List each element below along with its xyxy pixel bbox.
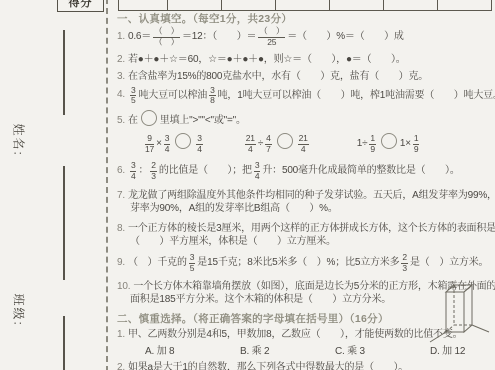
question-text: 1× bbox=[400, 138, 411, 149]
question-text: 若●＋●＋☆＝60，☆＝●＋●＋●，则☆＝（ ），●＝（ ）。 bbox=[128, 54, 406, 65]
question-line: 1.0.6＝（ ）（ ）＝12：（ ）＝（ ）25＝（ ）%＝（ ）成 bbox=[117, 27, 493, 48]
question-text: 是15千克；8米比5米多（ ）%；比5立方米多 bbox=[197, 257, 399, 268]
question-number: 9. bbox=[117, 257, 125, 268]
question-line: 芽率为90%，A组的发芽率比B组高（ ）%。 bbox=[117, 202, 493, 215]
question-text: × bbox=[156, 138, 162, 149]
question-item: 7.龙龙做了两组除温度外其他条件均相同的种子发芽试验。五天后，A组发芽率为99%… bbox=[117, 189, 493, 215]
question-text: 一个正方体的棱长是3厘米，用两个这样的正方体拼成长方体，这个长方体的表面积是 bbox=[128, 223, 495, 234]
fraction: 47 bbox=[265, 134, 272, 155]
question-line: 8.一个正方体的棱长是3厘米，用两个这样的正方体拼成长方体，这个长方体的表面积是 bbox=[117, 222, 493, 235]
question-text: 甲、乙两数分别是4和5，甲数加8，乙数应（ ），才能使两数的比值不变。 bbox=[128, 329, 462, 340]
question-item: 2.若●＋●＋☆＝60，☆＝●＋●＋●，则☆＝（ ），●＝（ ）。 bbox=[117, 53, 493, 66]
question-item: 3.在含盐率为15%的800克盐水中，水有（ ）克，盐有（ ）克。 bbox=[117, 70, 493, 83]
fraction: 34 bbox=[196, 134, 203, 155]
question-line: （ ）平方厘米，体积是（ ）立方厘米。 bbox=[117, 235, 493, 248]
question-text: 在 bbox=[128, 115, 138, 126]
fraction: 214 bbox=[298, 134, 309, 155]
question-line: 7.龙龙做了两组除温度外其他条件均相同的种子发芽试验。五天后，A组发芽率为99%… bbox=[117, 189, 493, 202]
fraction: 34 bbox=[254, 161, 261, 182]
fraction: 35 bbox=[189, 253, 196, 274]
fraction: 917 bbox=[145, 134, 154, 155]
margin-rule-line bbox=[63, 166, 65, 280]
score-label: 得分 bbox=[69, 0, 93, 11]
binding-dashed-line bbox=[106, 0, 108, 370]
comparison-expressions-row: 917×3434214÷472141÷191×19 bbox=[117, 133, 493, 155]
class-label: 班级: bbox=[11, 294, 28, 334]
question-line: 6.34：23的比值是（ ）；把34升：500毫升化成最简单的整数比是（ ）。 bbox=[117, 161, 493, 182]
options-row: A. 加 8B. 乘 2C. 乘 3D. 加 12 bbox=[117, 345, 493, 358]
comparison-circle bbox=[141, 110, 157, 126]
comparison-expression: 1÷191×19 bbox=[357, 133, 422, 155]
question-number: 4. bbox=[117, 89, 125, 100]
comparison-circle bbox=[277, 133, 293, 149]
score-cell bbox=[119, 0, 168, 10]
question-text: 升：500毫升化成最简单的整数比是（ ）。 bbox=[262, 165, 459, 176]
fraction: 214 bbox=[245, 134, 256, 155]
score-cell bbox=[384, 0, 438, 10]
fraction: 38 bbox=[209, 86, 216, 107]
question-item: 8.一个正方体的棱长是3厘米，用两个这样的正方体拼成长方体，这个长方体的表面积是… bbox=[117, 222, 493, 248]
question-text: ＝（ ）%＝（ ）成 bbox=[287, 31, 404, 42]
question-text: 面积是185平方分米。这个木箱的体积是（ ）立方分米。 bbox=[130, 294, 391, 305]
question-text: （ ）千克的 bbox=[128, 257, 187, 268]
question-text: 的比值是（ ）；把 bbox=[159, 165, 252, 176]
fraction: 23 bbox=[401, 253, 408, 274]
question-line: 2.若●＋●＋☆＝60，☆＝●＋●＋●，则☆＝（ ），●＝（ ）。 bbox=[117, 53, 493, 66]
question-item: 9.（ ）千克的35是15千克；8米比5米多（ ）%；比5立方米多23是（ ）立… bbox=[117, 253, 493, 274]
question-text: ÷ bbox=[258, 138, 263, 149]
question-line: 2.如果a是大于1的自然数，那么下列各式中得数最大的是（ ）。 bbox=[117, 361, 493, 370]
question-text: 1÷ bbox=[357, 138, 368, 149]
student-name-label: 姓名: bbox=[11, 124, 28, 164]
question-line: 4.35吨大豆可以榨油38吨，1吨大豆可以榨油（ ）吨，榨1吨油需要（ ）吨大豆… bbox=[117, 86, 493, 107]
margin-rule-line bbox=[63, 30, 65, 115]
question-number: 1. bbox=[117, 329, 125, 340]
question-text: （ ）平方厘米，体积是（ ）立方厘米。 bbox=[130, 236, 336, 247]
fraction: 19 bbox=[413, 134, 420, 155]
choice-option: B. 乘 2 bbox=[240, 345, 335, 358]
question-item: 6.34：23的比值是（ ）；把34升：500毫升化成最简单的整数比是（ ）。 bbox=[117, 161, 493, 182]
choice-option: D. 加 12 bbox=[430, 345, 465, 358]
fraction: 19 bbox=[369, 134, 376, 155]
comparison-circle bbox=[381, 133, 397, 149]
question-item: 1.0.6＝（ ）（ ）＝12：（ ）＝（ ）25＝（ ）%＝（ ）成 bbox=[117, 27, 493, 48]
question-item: 5.在里填上">""<"或"="。917×3434214÷472141÷191×… bbox=[117, 110, 493, 155]
question-text: 龙龙做了两组除温度外其他条件均相同的种子发芽试验。五天后，A组发芽率为99%，B… bbox=[128, 190, 495, 201]
question-text: 是（ ）立方米。 bbox=[410, 257, 488, 268]
question-text: 吨大豆可以榨油 bbox=[138, 89, 207, 100]
question-item: 2.如果a是大于1的自然数，那么下列各式中得数最大的是（ ）。 bbox=[117, 361, 493, 370]
comparison-circle bbox=[175, 133, 191, 149]
fill-in-blank-section: 1.0.6＝（ ）（ ）＝12：（ ）＝（ ）25＝（ ）%＝（ ）成2.若●＋… bbox=[117, 27, 493, 306]
fraction: 23 bbox=[150, 161, 157, 182]
section-1-title: 一、认真填空。（每空1分，共23分） bbox=[117, 13, 493, 26]
question-text: 芽率为90%，A组的发芽率比B组高（ ）%。 bbox=[130, 203, 338, 214]
question-number: 2. bbox=[117, 362, 125, 370]
question-text: ＝12：（ ）＝ bbox=[182, 31, 256, 42]
question-text: ： bbox=[138, 165, 148, 176]
score-table bbox=[118, 0, 492, 11]
question-number: 8. bbox=[117, 223, 125, 234]
fraction: 35 bbox=[130, 86, 137, 107]
score-cell bbox=[438, 0, 491, 10]
question-text: 0.6＝ bbox=[128, 31, 151, 42]
fraction: （ ）（ ） bbox=[153, 27, 180, 48]
score-cell bbox=[276, 0, 330, 10]
score-cell bbox=[168, 0, 222, 10]
question-text: 在含盐率为15%的800克盐水中，水有（ ）克，盐有（ ）克。 bbox=[128, 71, 428, 82]
fraction: 34 bbox=[164, 134, 171, 155]
question-number: 7. bbox=[117, 190, 125, 201]
fraction: 34 bbox=[130, 161, 137, 182]
margin-rule-line bbox=[63, 316, 65, 370]
question-text: 如果a是大于1的自然数，那么下列各式中得数最大的是（ ）。 bbox=[128, 362, 408, 370]
question-line: 9.（ ）千克的35是15千克；8米比5米多（ ）%；比5立方米多23是（ ）立… bbox=[117, 253, 493, 274]
question-number: 10. bbox=[117, 281, 130, 292]
question-line: 3.在含盐率为15%的800克盐水中，水有（ ）克，盐有（ ）克。 bbox=[117, 70, 493, 83]
question-number: 1. bbox=[117, 31, 125, 42]
score-cell bbox=[222, 0, 276, 10]
choice-option: C. 乘 3 bbox=[335, 345, 430, 358]
question-number: 3. bbox=[117, 71, 125, 82]
question-item: 4.35吨大豆可以榨油38吨，1吨大豆可以榨油（ ）吨，榨1吨油需要（ ）吨大豆… bbox=[117, 86, 493, 107]
fraction: （ ）25 bbox=[258, 27, 285, 48]
score-cell bbox=[330, 0, 384, 10]
box-figure bbox=[428, 280, 492, 346]
choice-option: A. 加 8 bbox=[145, 345, 240, 358]
question-line: 5.在里填上">""<"或"="。 bbox=[117, 110, 493, 127]
question-number: 5. bbox=[117, 115, 125, 126]
question-number: 6. bbox=[117, 165, 125, 176]
exam-paper-page: 得分 姓名: 班级: 一、认真填空。（每空1分，共23分） 1.0.6＝（ ）（… bbox=[0, 0, 495, 370]
comparison-expression: 214÷47214 bbox=[243, 133, 311, 155]
score-table-label-cell: 得分 bbox=[57, 0, 104, 12]
question-text: 吨，1吨大豆可以榨油（ ）吨，榨1吨油需要（ ）吨大豆。 bbox=[218, 89, 495, 100]
question-text: 里填上">""<"或"="。 bbox=[160, 115, 246, 126]
comparison-expression: 917×3434 bbox=[143, 133, 205, 155]
question-number: 2. bbox=[117, 54, 125, 65]
